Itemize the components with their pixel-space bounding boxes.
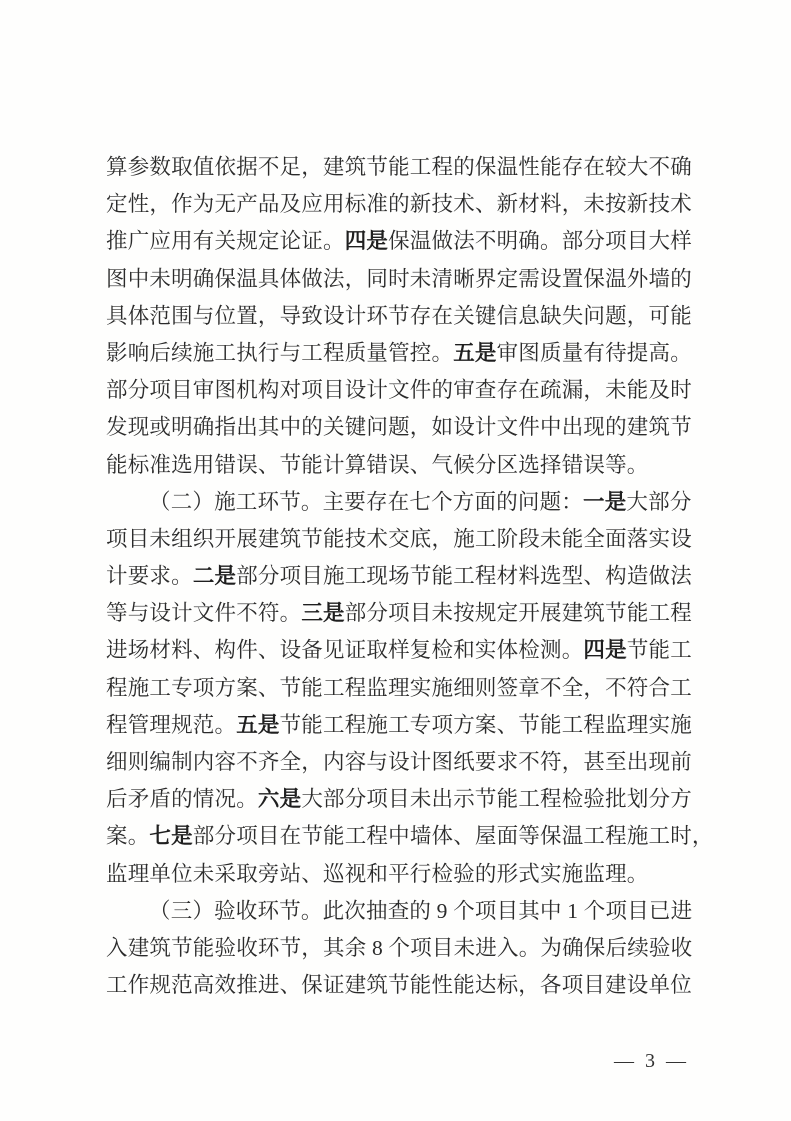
text-line: 工作规范高效推进、保证建筑节能性能达标，各项目建设单位 [106, 967, 692, 1004]
document-body: 算参数取值依据不足，建筑节能工程的保温性能存在较大不确定性，作为无产品及应用标准… [106, 149, 692, 1004]
text-line: 案。七是部分项目在节能工程中墙体、屋面等保温工程施工时， [106, 818, 692, 855]
text-line: 具体范围与位置，导致设计环节存在关键信息缺失问题，可能 [106, 298, 692, 335]
text-segment: 监理单位未采取旁站、巡视和平行检验的形式实施监理。 [106, 862, 649, 886]
emphasis-marker: 六是 [258, 787, 301, 811]
text-segment: 项目未组织开展建筑节能技术交底，施工阶段未能全面落实设 [106, 527, 692, 551]
emphasis-marker: 三是 [301, 601, 344, 625]
text-line: 推广应用有关规定论证。四是保温做法不明确。部分项目大样 [106, 223, 692, 260]
text-line: 等与设计文件不符。三是部分项目未按规定开展建筑节能工程 [106, 595, 692, 632]
text-segment: 程管理规范。 [106, 713, 236, 737]
text-segment: 能标准选用错误、节能计算错误、气候分区选择错误等。 [106, 453, 649, 477]
text-line: 入建筑节能验收环节，其余 8 个项目未进入。为确保后续验收 [106, 930, 692, 967]
emphasis-marker: 四是 [345, 229, 388, 253]
text-segment: 节能工程施工专项方案、节能工程监理实施 [280, 713, 692, 737]
text-line: 定性，作为无产品及应用标准的新技术、新材料，未按新技术 [106, 186, 692, 223]
text-line: 细则编制内容不齐全，内容与设计图纸要求不符，甚至出现前 [106, 744, 692, 781]
emphasis-marker: 一是 [583, 490, 626, 514]
text-segment: 后矛盾的情况。 [106, 787, 258, 811]
text-segment: 细则编制内容不齐全，内容与设计图纸要求不符，甚至出现前 [106, 750, 692, 774]
text-segment: 影响后续施工执行与工程质量管控。 [106, 341, 453, 365]
text-line: 算参数取值依据不足，建筑节能工程的保温性能存在较大不确 [106, 149, 692, 186]
text-line: 进场材料、构件、设备见证取样复检和实体检测。四是节能工 [106, 632, 692, 669]
text-line: 发现或明确指出其中的关键问题，如设计文件中出现的建筑节 [106, 409, 692, 446]
text-line: 监理单位未采取旁站、巡视和平行检验的形式实施监理。 [106, 856, 692, 893]
text-line: 图中未明确保温具体做法，同时未清晰界定需设置保温外墙的 [106, 261, 692, 298]
scanned-document-page: 算参数取值依据不足，建筑节能工程的保温性能存在较大不确定性，作为无产品及应用标准… [0, 0, 791, 1121]
text-segment: 部分项目在节能工程中墙体、屋面等保温工程施工时， [193, 824, 714, 848]
text-segment: 案。 [106, 824, 149, 848]
text-segment: （三）验收环节。此次抽查的 9 个项目其中 1 个项目已进 [149, 899, 692, 923]
text-line: 后矛盾的情况。六是大部分项目未出示节能工程检验批划分方 [106, 781, 692, 818]
text-line: （三）验收环节。此次抽查的 9 个项目其中 1 个项目已进 [106, 893, 692, 930]
text-segment: 工作规范高效推进、保证建筑节能性能达标，各项目建设单位 [106, 973, 692, 997]
text-segment: 大部分 [626, 490, 691, 514]
text-segment: 程施工专项方案、节能工程监理实施细则签章不全，不符合工 [106, 676, 692, 700]
text-line: 程管理规范。五是节能工程施工专项方案、节能工程监理实施 [106, 707, 692, 744]
text-line: 部分项目审图机构对项目设计文件的审查存在疏漏，未能及时 [106, 372, 692, 409]
text-segment: 计要求。 [106, 564, 193, 588]
text-segment: （二）施工环节。主要存在七个方面的问题： [149, 490, 583, 514]
text-segment: 大部分项目未出示节能工程检验批划分方 [301, 787, 692, 811]
emphasis-marker: 四是 [583, 638, 626, 662]
text-segment: 保温做法不明确。部分项目大样 [388, 229, 692, 253]
text-line: （二）施工环节。主要存在七个方面的问题：一是大部分 [106, 484, 692, 521]
text-segment: 部分项目审图机构对项目设计文件的审查存在疏漏，未能及时 [106, 378, 692, 402]
text-segment: 具体范围与位置，导致设计环节存在关键信息缺失问题，可能 [106, 304, 692, 328]
emphasis-marker: 七是 [149, 824, 192, 848]
emphasis-marker: 二是 [193, 564, 236, 588]
text-segment: 入建筑节能验收环节，其余 8 个项目未进入。为确保后续验收 [106, 936, 692, 960]
text-segment: 节能工 [627, 638, 692, 662]
text-segment: 发现或明确指出其中的关键问题，如设计文件中出现的建筑节 [106, 415, 692, 439]
text-segment: 算参数取值依据不足，建筑节能工程的保温性能存在较大不确 [106, 155, 692, 179]
text-segment: 推广应用有关规定论证。 [106, 229, 345, 253]
text-line: 计要求。二是部分项目施工现场节能工程材料选型、构造做法 [106, 558, 692, 595]
text-line: 程施工专项方案、节能工程监理实施细则签章不全，不符合工 [106, 670, 692, 707]
text-line: 能标准选用错误、节能计算错误、气候分区选择错误等。 [106, 447, 692, 484]
text-segment: 进场材料、构件、设备见证取样复检和实体检测。 [106, 638, 583, 662]
text-segment: 部分项目施工现场节能工程材料选型、构造做法 [236, 564, 692, 588]
text-segment: 等与设计文件不符。 [106, 601, 301, 625]
emphasis-marker: 五是 [236, 713, 279, 737]
text-line: 影响后续施工执行与工程质量管控。五是审图质量有待提高。 [106, 335, 692, 372]
text-segment: 定性，作为无产品及应用标准的新技术、新材料，未按新技术 [106, 192, 692, 216]
page-number: — 3 — [614, 1046, 689, 1076]
text-segment: 图中未明确保温具体做法，同时未清晰界定需设置保温外墙的 [106, 267, 692, 291]
emphasis-marker: 五是 [453, 341, 496, 365]
text-segment: 审图质量有待提高。 [497, 341, 692, 365]
text-line: 项目未组织开展建筑节能技术交底，施工阶段未能全面落实设 [106, 521, 692, 558]
text-segment: 部分项目未按规定开展建筑节能工程 [345, 601, 692, 625]
